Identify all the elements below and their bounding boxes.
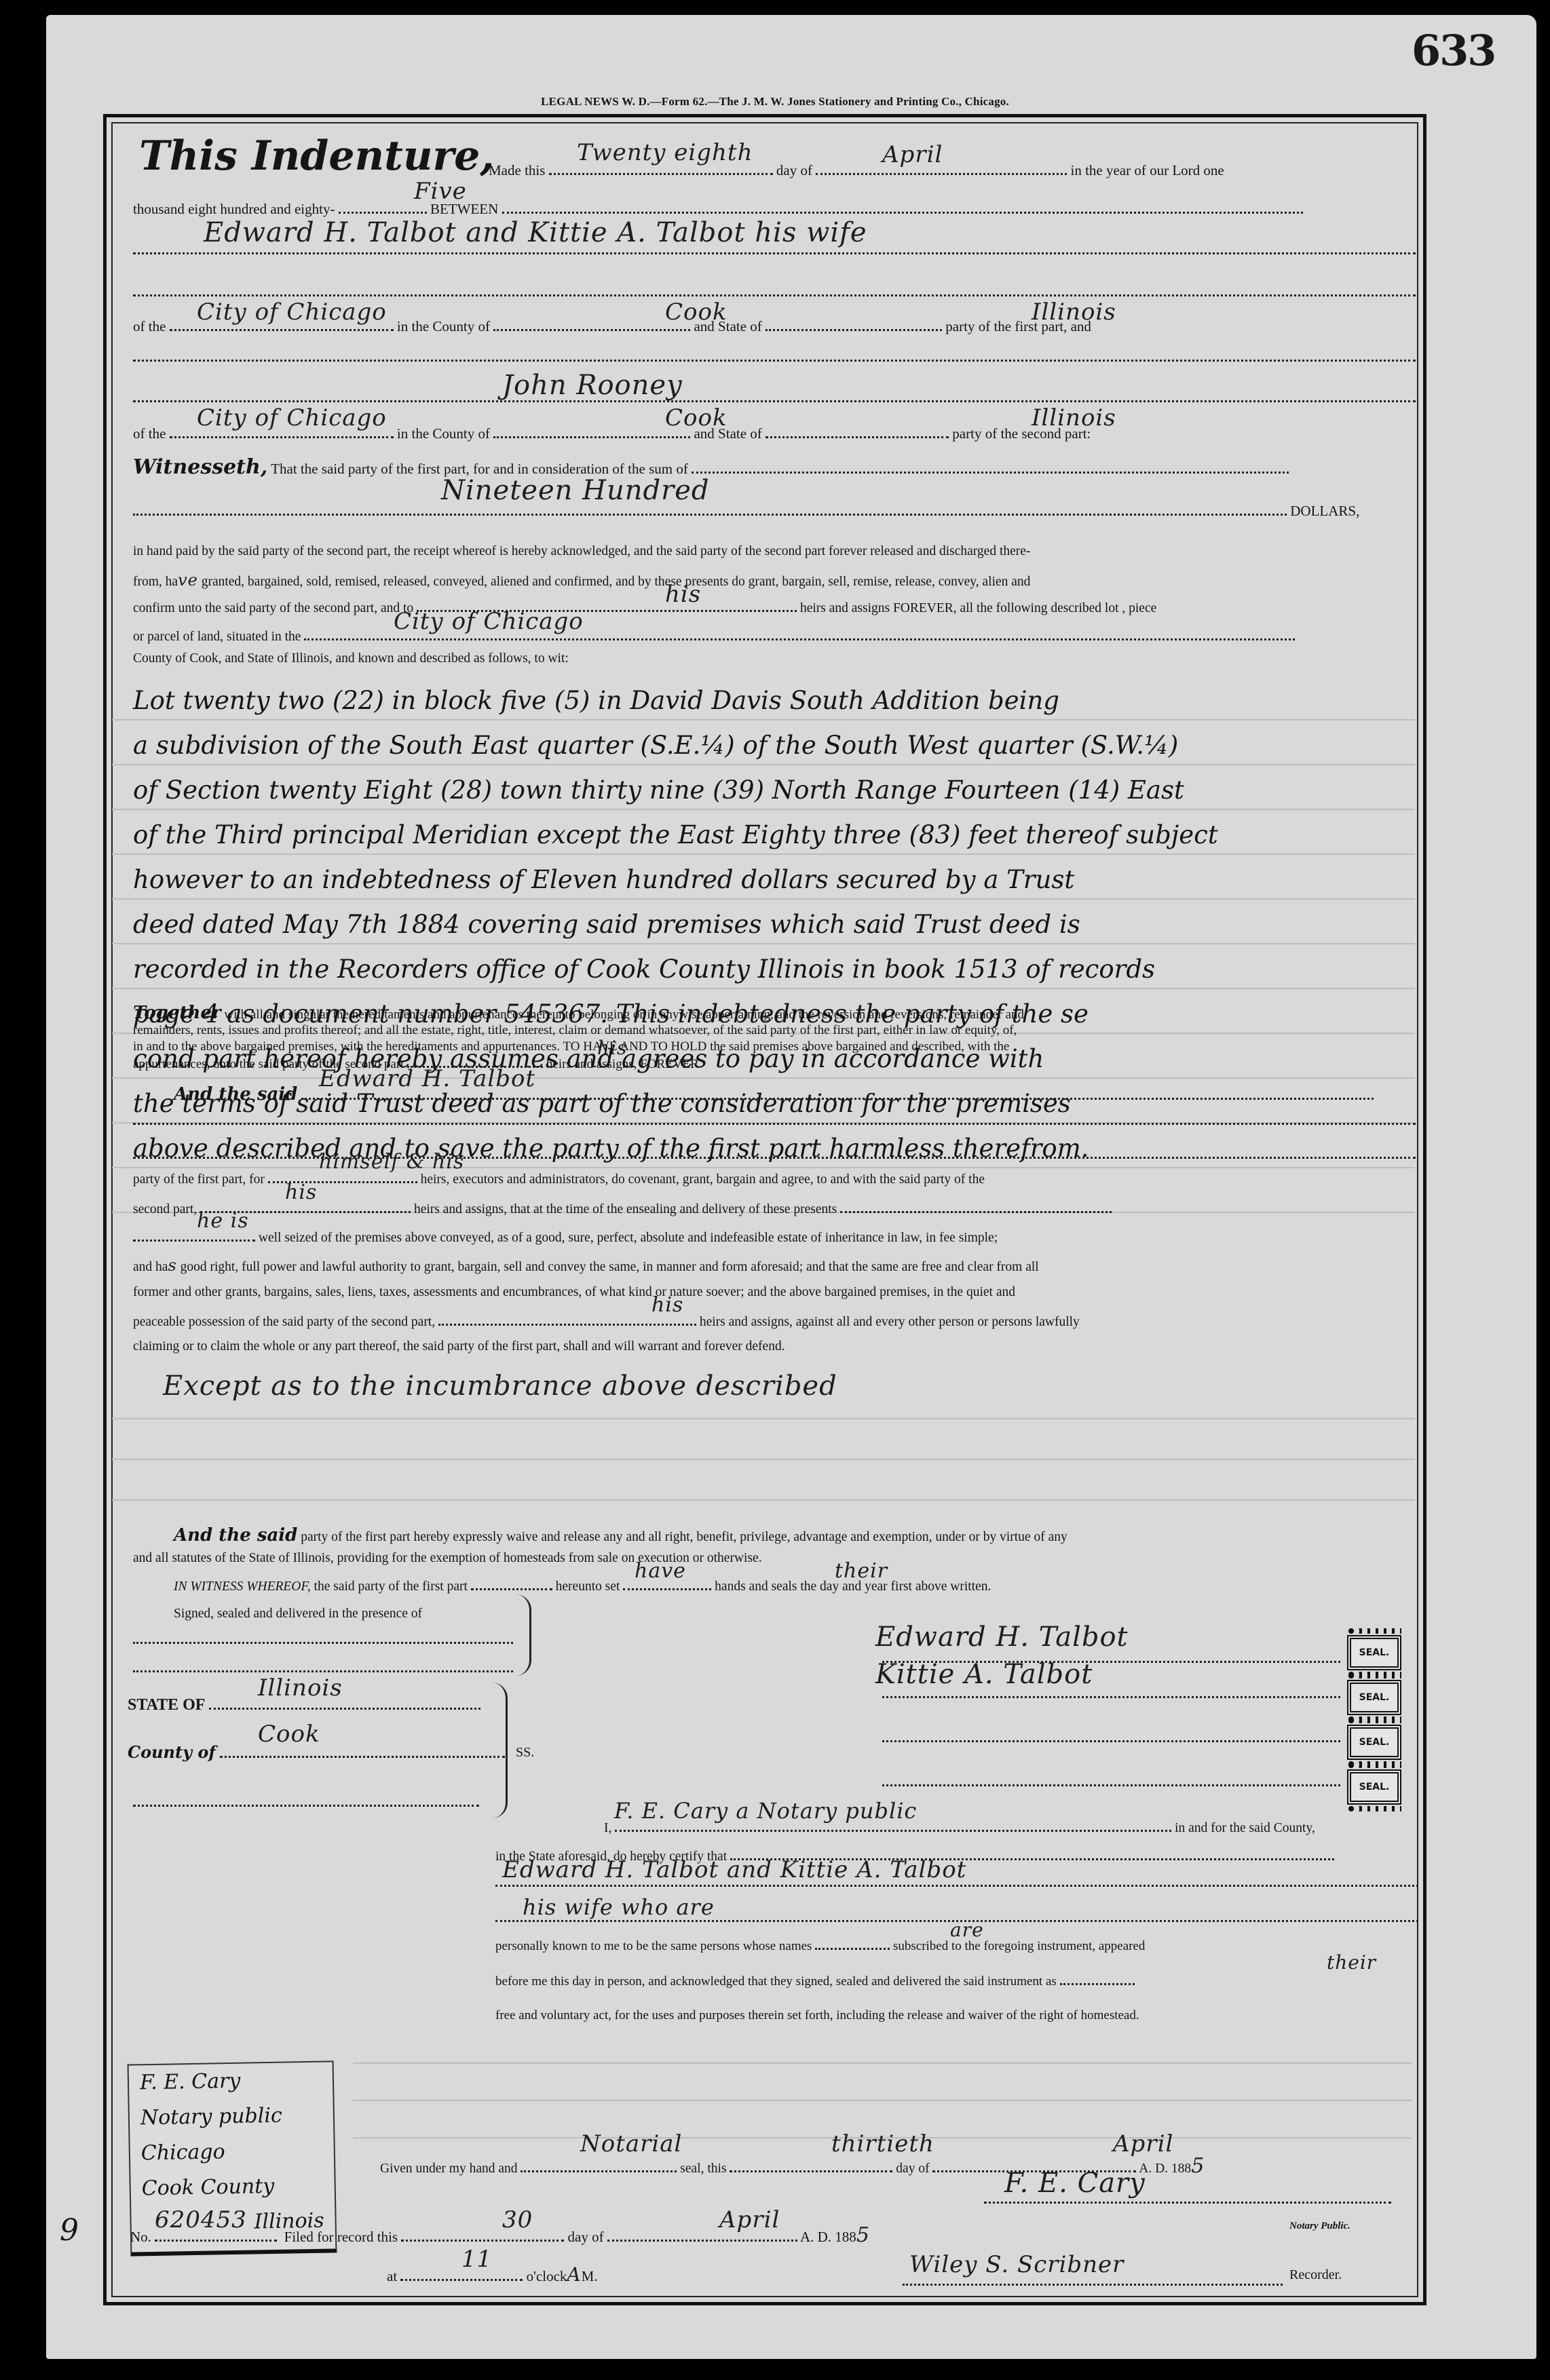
second-party-county: Cook	[665, 404, 727, 431]
given-line: Given under my hand and seal, this day o…	[380, 2157, 1418, 2178]
witnesseth-line-5: County of Cook, and State of Illinois, a…	[133, 650, 1416, 668]
filing-day: 30	[502, 2206, 533, 2233]
together-heirs-value: his	[597, 1037, 627, 1059]
together-line-1: Together with all and singular the hered…	[133, 1004, 1416, 1024]
covenant-line-7: claiming or to claim the whole or any pa…	[133, 1338, 1416, 1356]
given-month: April	[1113, 2130, 1173, 2157]
filing-number: 620453	[155, 2206, 247, 2233]
first-party-city: City of Chicago	[197, 299, 387, 326]
venue-county-value: Cook	[258, 1721, 320, 1748]
venue-state-value: Illinois	[258, 1674, 343, 1702]
witness-their-value: their	[835, 1559, 888, 1583]
covenant-grantor-name: Edward H. Talbot	[319, 1065, 535, 1092]
ack-persons-2: his wife who are	[523, 1894, 715, 1920]
covenant-possession-value: his	[651, 1293, 683, 1317]
covenant-line-3: well seized of the premises above convey…	[133, 1229, 1416, 1247]
second-party-names: John Rooney	[502, 370, 683, 401]
ack-their-value: their	[1327, 1951, 1376, 1974]
first-party-state: Illinois	[1032, 299, 1116, 326]
covenant-seized-value: he is	[197, 1209, 249, 1233]
second-party-city: City of Chicago	[197, 404, 387, 431]
together-line-2: remainders, rents, issues and profits th…	[133, 1022, 1416, 1039]
thousand-line: thousand eight hundred and eighty- BETWE…	[133, 200, 1416, 218]
covenant-line-4: and has good right, full power and lawfu…	[133, 1256, 1416, 1276]
signature-1: Edward H. Talbot	[875, 1621, 1129, 1653]
amount-line: DOLLARS,	[133, 502, 1416, 520]
made-month-value: April	[882, 141, 943, 168]
printer-imprint: LEGAL NEWS W. D.—Form 62.—The J. M. W. J…	[0, 95, 1550, 109]
together-line-3: in and to the above bargained premises, …	[133, 1038, 1416, 1056]
covenant-line-2: second part, heirs and assigns, that at …	[133, 1201, 1416, 1218]
homestead-line-1: And the said party of the first part her…	[133, 1527, 1416, 1546]
filing-month: April	[719, 2206, 780, 2233]
covenant-exception: Except as to the incumbrance above descr…	[163, 1370, 837, 1402]
ack-line-5: free and voluntary act, for the uses and…	[495, 2007, 1418, 2024]
first-party-county: Cook	[665, 299, 727, 326]
notary-name: F. E. Cary a Notary public	[614, 1798, 917, 1824]
witness-have-value: have	[635, 1559, 686, 1583]
page-number: 633	[1412, 26, 1495, 75]
witnesseth-line-4: or parcel of land, situated in the	[133, 628, 1416, 646]
land-city-value: City of Chicago	[394, 608, 584, 635]
second-party-state: Illinois	[1032, 404, 1116, 431]
consideration-amount: Nineteen Hundred	[441, 475, 710, 506]
ack-line-4: before me this day in person, and acknow…	[495, 1973, 1418, 1991]
recorder-label: Recorder.	[1289, 2266, 1412, 2284]
witnesseth-line-3: confirm unto the said party of the secon…	[133, 600, 1416, 617]
homestead-line-2: and all statutes of the State of Illinoi…	[133, 1550, 1416, 1567]
witnesseth-line-2: from, have granted, bargained, sold, rem…	[133, 571, 1416, 591]
made-year-value: Five	[414, 178, 467, 205]
notary-signature: F. E. Cary	[1004, 2168, 1146, 2199]
ack-are-value: are	[950, 1919, 984, 1941]
witnesseth-line-1: in hand paid by the said party of the se…	[133, 543, 1416, 560]
filing-time-line: at o'clockAM.	[387, 2266, 794, 2285]
ack-persons: Edward H. Talbot and Kittie A. Talbot	[502, 1856, 966, 1883]
seal-4: SEAL.	[1347, 1769, 1401, 1805]
signature-2: Kittie A. Talbot	[875, 1659, 1093, 1690]
notary-public-label: Notary Public.	[1289, 2217, 1425, 2235]
given-seal-type: Notarial	[580, 2130, 682, 2157]
covenant-for-value: himself & his	[319, 1150, 464, 1174]
filing-hour: 11	[461, 2246, 492, 2273]
witnesseth-heirs-value: his	[665, 581, 701, 608]
covenant-second-part-value: his	[285, 1181, 317, 1204]
covenant-line-5: former and other grants, bargains, sales…	[133, 1284, 1416, 1301]
made-day-value: Twenty eighth	[577, 139, 753, 166]
indenture-heading: This Indenture,	[139, 132, 494, 180]
signed-presence-label: Signed, sealed and delivered in the pres…	[174, 1605, 1456, 1623]
covenant-line-6: peaceable possession of the said party o…	[133, 1313, 1416, 1331]
filing-line: No. Filed for record this day of A. D. 1…	[130, 2227, 1013, 2246]
venue-ss: SS.	[516, 1744, 556, 1761]
first-party-names: Edward H. Talbot and Kittie A. Talbot hi…	[204, 217, 867, 248]
seal-1: SEAL.	[1347, 1635, 1401, 1670]
recorder-signature: Wiley S. Scribner	[909, 2251, 1124, 2278]
given-day: thirtieth	[831, 2130, 934, 2157]
witnesseth-line: Witnesseth, That the said party of the f…	[133, 459, 1416, 478]
margin-mark: 9	[60, 2213, 79, 2248]
witness-line: IN WITNESS WHEREOF, the said party of th…	[174, 1578, 1456, 1596]
